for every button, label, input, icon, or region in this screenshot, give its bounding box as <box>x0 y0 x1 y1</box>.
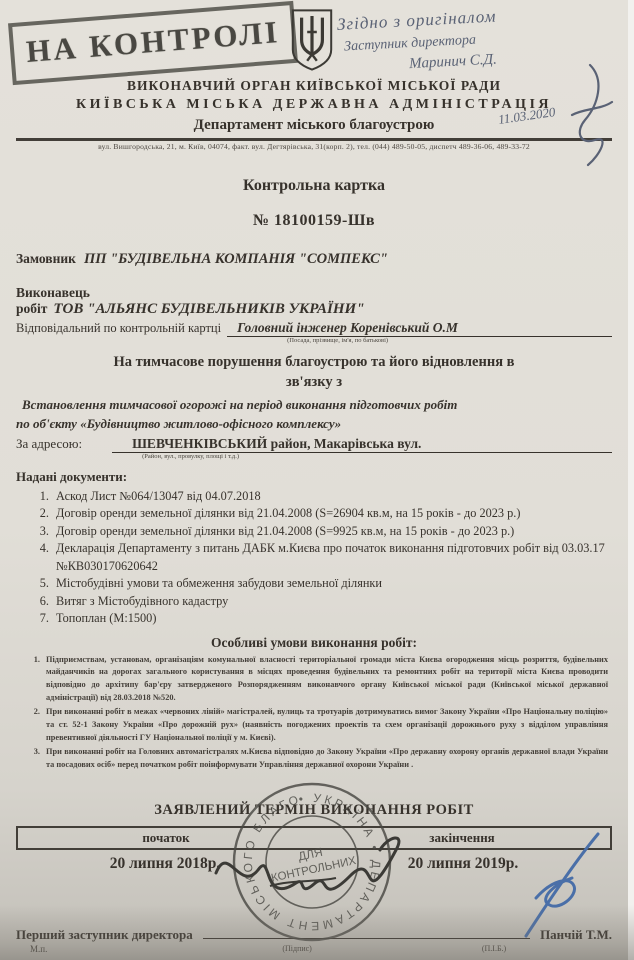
handwritten-signature-stamp <box>210 788 420 923</box>
document-item: Топоплан (М:1500) <box>52 610 612 627</box>
responsible-value: Головний інженер Коренівський О.М <box>227 320 612 337</box>
condition-item: При виконанні робіт в межах «червоних лі… <box>42 706 608 745</box>
purpose-heading-line1: На тимчасове порушення благоустрою та йо… <box>16 354 612 371</box>
address-row: За адресою: ШЕВЧЕНКІВСЬКИЙ район, Макарі… <box>16 436 612 460</box>
purpose-reason-line1: Встановлення тимчасової огорожі на періо… <box>16 397 612 413</box>
ukraine-trident-icon <box>288 8 336 77</box>
executor-label-line2: робіт <box>16 301 47 317</box>
handwritten-signature-blue <box>478 828 628 960</box>
executor-value: ТОВ "АЛЬЯНС БУДІВЕЛЬНИКІВ УКРАЇНИ" <box>53 301 364 318</box>
responsible-label: Відповідальний по контрольній картці <box>16 321 221 336</box>
documents-label: Надані документи: <box>16 469 612 485</box>
document-item: Договір оренди земельної ділянки від 21.… <box>52 505 612 522</box>
address-label: За адресою: <box>16 436 82 452</box>
org-address: вул. Вишгородська, 21, м. Київ, 04074, ф… <box>16 141 612 151</box>
condition-item: Підприємствам, установам, організаціям к… <box>42 654 608 705</box>
document-item: Аскод Лист №064/13047 від 04.07.2018 <box>52 488 612 505</box>
address-value: ШЕВЧЕНКІВСЬКИЙ район, Макарівська вул. <box>112 436 612 453</box>
purpose-reason-line2: по об'єкту «Будівництво житлово-офісного… <box>16 416 612 432</box>
document-title: Контрольна картка <box>16 177 612 195</box>
document-item: Договір оренди земельної ділянки від 21.… <box>52 523 612 540</box>
handwritten-signature-top <box>560 60 620 175</box>
responsible-row: Відповідальний по контрольній картці Гол… <box>16 320 612 344</box>
executor-row: Виконавець робіт ТОВ "АЛЬЯНС БУДІВЕЛЬНИК… <box>16 285 612 318</box>
conditions-list: Підприємствам, установам, організаціям к… <box>26 654 612 772</box>
document-item: Декларація Департаменту з питань ДАБК м.… <box>52 540 612 575</box>
org-name-line1: ВИКОНАВЧИЙ ОРГАН КИЇВСЬКОЇ МІСЬКОЇ РАДИ <box>16 78 612 94</box>
scan-edge <box>628 0 634 960</box>
mp-caption: М.п. <box>30 944 47 954</box>
documents-list: Аскод Лист №064/13047 від 04.07.2018Дого… <box>38 488 612 628</box>
customer-value: ПП "БУДІВЕЛЬНА КОМПАНІЯ "СОМПЕКС" <box>84 251 388 268</box>
signer-title: Перший заступник директора <box>16 927 193 943</box>
executor-label-line1: Виконавець <box>16 285 612 301</box>
document-item: Витяг з Містобудівного кадастру <box>52 593 612 610</box>
conditions-title: Особливі умови виконання робіт: <box>16 635 612 651</box>
document-number: № 18100159-Шв <box>16 212 612 230</box>
responsible-caption: (Посада, прізвище, ім'я, по батькові) <box>227 337 612 344</box>
scanned-document: НА КОНТРОЛІ Згідно з оригіналом Заступни… <box>0 0 628 960</box>
customer-row: Замовник ПП "БУДІВЕЛЬНА КОМПАНІЯ "СОМПЕК… <box>16 251 612 268</box>
condition-item: При виконанні робіт на Головних автомагі… <box>42 746 608 772</box>
customer-label: Замовник <box>16 251 76 267</box>
address-caption: (Район, вул., провулку, площі і т.д.) <box>112 453 612 460</box>
document-item: Містобудівні умови та обмеження забудови… <box>52 575 612 592</box>
purpose-heading-line2: зв'язку з <box>16 374 612 391</box>
